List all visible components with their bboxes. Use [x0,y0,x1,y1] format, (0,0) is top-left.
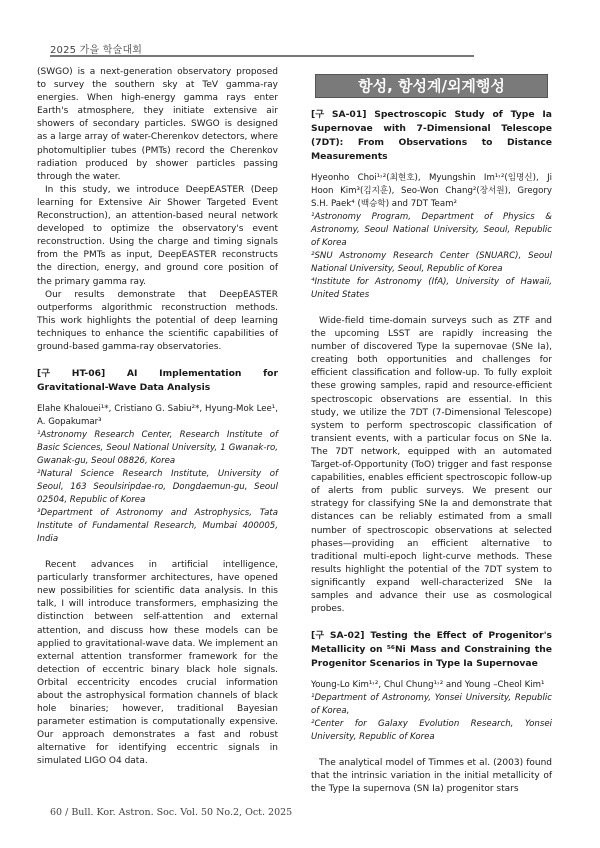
prev-abstract-paragraph-2: In this study, we introduce DeepEASTER (… [37,184,278,289]
abstract-body-sa01: Wide-field time-domain surveys such as Z… [311,315,552,616]
abstract-title-sa01: [구 SA-01] Spectroscopic Study of Type Ia… [311,108,552,164]
affiliation-ht06-1: ¹Astronomy Research Center, Research Ins… [37,429,278,468]
affiliation-sa01-2: ²SNU Astronomy Research Center (SNUARC),… [311,250,552,276]
author-list-ht06: Elahe Khalouei¹*, Cristiano G. Sabiu²*, … [37,403,278,429]
affiliation-sa02-2: ²Center for Galaxy Evolution Research, Y… [311,718,552,744]
page-footer-citation: 60 / Bull. Kor. Astron. Soc. Vol. 50 No.… [50,807,292,818]
affiliation-sa01-1: ¹Astronomy Program, Department of Physic… [311,211,552,250]
running-head: 2025 가을 학술대회 [50,41,142,56]
right-column: 항성, 항성계/외계행성 [구 SA-01] Spectroscopic Stu… [311,66,552,796]
affiliation-sa01-4: ⁴Institute for Astronomy (IfA), Universi… [311,276,552,302]
abstract-body-sa02: The analytical model of Timmes et al. (2… [311,757,552,796]
abstract-title-ht06: [구 HT-06] AI Implementation for Gravitat… [37,367,278,395]
affiliation-ht06-3: ³Department of Astronomy and Astrophysic… [37,507,278,546]
affiliation-ht06-2: ²Natural Science Research Institute, Uni… [37,468,278,507]
prev-abstract-paragraph-3: Our results demonstrate that DeepEASTER … [37,289,278,354]
prev-abstract-paragraph-1: (SWGO) is a next-generation observatory … [37,66,278,184]
left-column: (SWGO) is a next-generation observatory … [37,66,278,769]
journal-page: 2025 가을 학술대회 (SWGO) is a next-generation… [0,0,600,848]
abstract-title-sa02: [구 SA-02] Testing the Effect of Progenit… [311,629,552,671]
abstract-body-ht06: Recent advances in artificial intelligen… [37,559,278,769]
affiliation-sa02-1: ¹Department of Astronomy, Yonsei Univers… [311,692,552,718]
author-list-sa01: Hyeonho Choi¹˒²(최현호), Myungshin Im¹˒²(임명… [311,172,552,211]
author-list-sa02: Young-Lo Kim¹˒², Chul Chung¹˒² and Young… [311,679,552,692]
header-rule [50,55,474,57]
section-banner: 항성, 항성계/외계행성 [315,74,548,98]
